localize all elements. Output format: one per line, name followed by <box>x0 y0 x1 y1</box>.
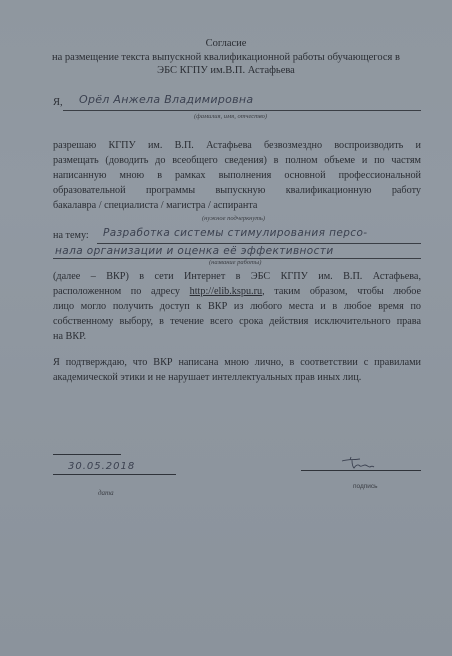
confirmation-paragraph: Я подтверждаю, что ВКР написана мною лич… <box>53 355 421 385</box>
permission-line: написанную мною в рамках выполнения осно… <box>53 168 421 183</box>
topic-handwritten-line1: Разработка системы стимулирования персо- <box>103 227 368 239</box>
publication-line: собственному выбору, в течение всего сро… <box>53 314 421 329</box>
date-top-line <box>53 454 121 455</box>
document-subtitle-line1: на размещение текста выпускной квалифика… <box>0 51 452 65</box>
i-label: Я, <box>53 97 63 108</box>
permission-line: образовательной программы выпускную квал… <box>53 183 421 198</box>
confirmation-line: Я подтверждаю, что ВКР написана мною лич… <box>53 355 421 370</box>
topic-underline-1 <box>97 243 421 244</box>
date-caption: дата <box>98 489 114 497</box>
signature-scribble-icon <box>340 455 376 471</box>
address-suffix: , таким образом, чтобы любое <box>262 286 421 297</box>
address-prefix: расположенном по адресу <box>53 286 190 297</box>
full-name-handwritten: Орёл Анжела Владимировна <box>79 93 253 106</box>
document-header: Согласие на размещение текста выпускной … <box>0 37 452 78</box>
permission-line: размещать (доводить до всеобщего сведени… <box>53 153 421 168</box>
degree-caption: (нужное подчеркнуть) <box>202 215 265 222</box>
publication-line-with-link: расположенном по адресу http://elib.kspu… <box>53 284 421 299</box>
confirmation-line: академической этики и не нарушает интелл… <box>53 370 421 385</box>
publication-paragraph: (далее – ВКР) в сети Интернет в ЭБС КГПУ… <box>53 269 421 344</box>
permission-paragraph: разрешаю КГПУ им. В.П. Астафьева безвозм… <box>53 138 421 213</box>
degree-options: бакалавра / специалиста / магистра / асп… <box>53 198 421 213</box>
document-title: Согласие <box>0 37 452 51</box>
topic-handwritten-line2: нала организации и оценка её эффективнос… <box>55 245 334 257</box>
full-name-caption: (фамилия, имя, отчество) <box>194 113 267 120</box>
consent-document: Согласие на размещение текста выпускной … <box>0 0 452 656</box>
full-name-field: Я, Орёл Анжела Владимировна <box>53 95 421 113</box>
topic-label: на тему: <box>53 230 89 241</box>
document-subtitle-line2: ЭБС КГПУ им.В.П. Астафьева <box>0 64 452 78</box>
publication-line: на ВКР. <box>53 329 421 344</box>
signature-caption: подпись <box>353 483 378 490</box>
full-name-underline <box>63 110 421 111</box>
signature-underline <box>301 470 421 471</box>
permission-line: разрешаю КГПУ им. В.П. Астафьева безвозм… <box>53 138 421 153</box>
publication-line: (далее – ВКР) в сети Интернет в ЭБС КГПУ… <box>53 269 421 284</box>
topic-caption: (название работы) <box>209 259 261 266</box>
publication-line: лицо могло получить доступ к ВКР из любо… <box>53 299 421 314</box>
date-underline <box>53 474 176 475</box>
date-handwritten: 30.05.2018 <box>68 461 135 472</box>
elib-link[interactable]: http://elib.kspu.ru <box>190 286 262 297</box>
